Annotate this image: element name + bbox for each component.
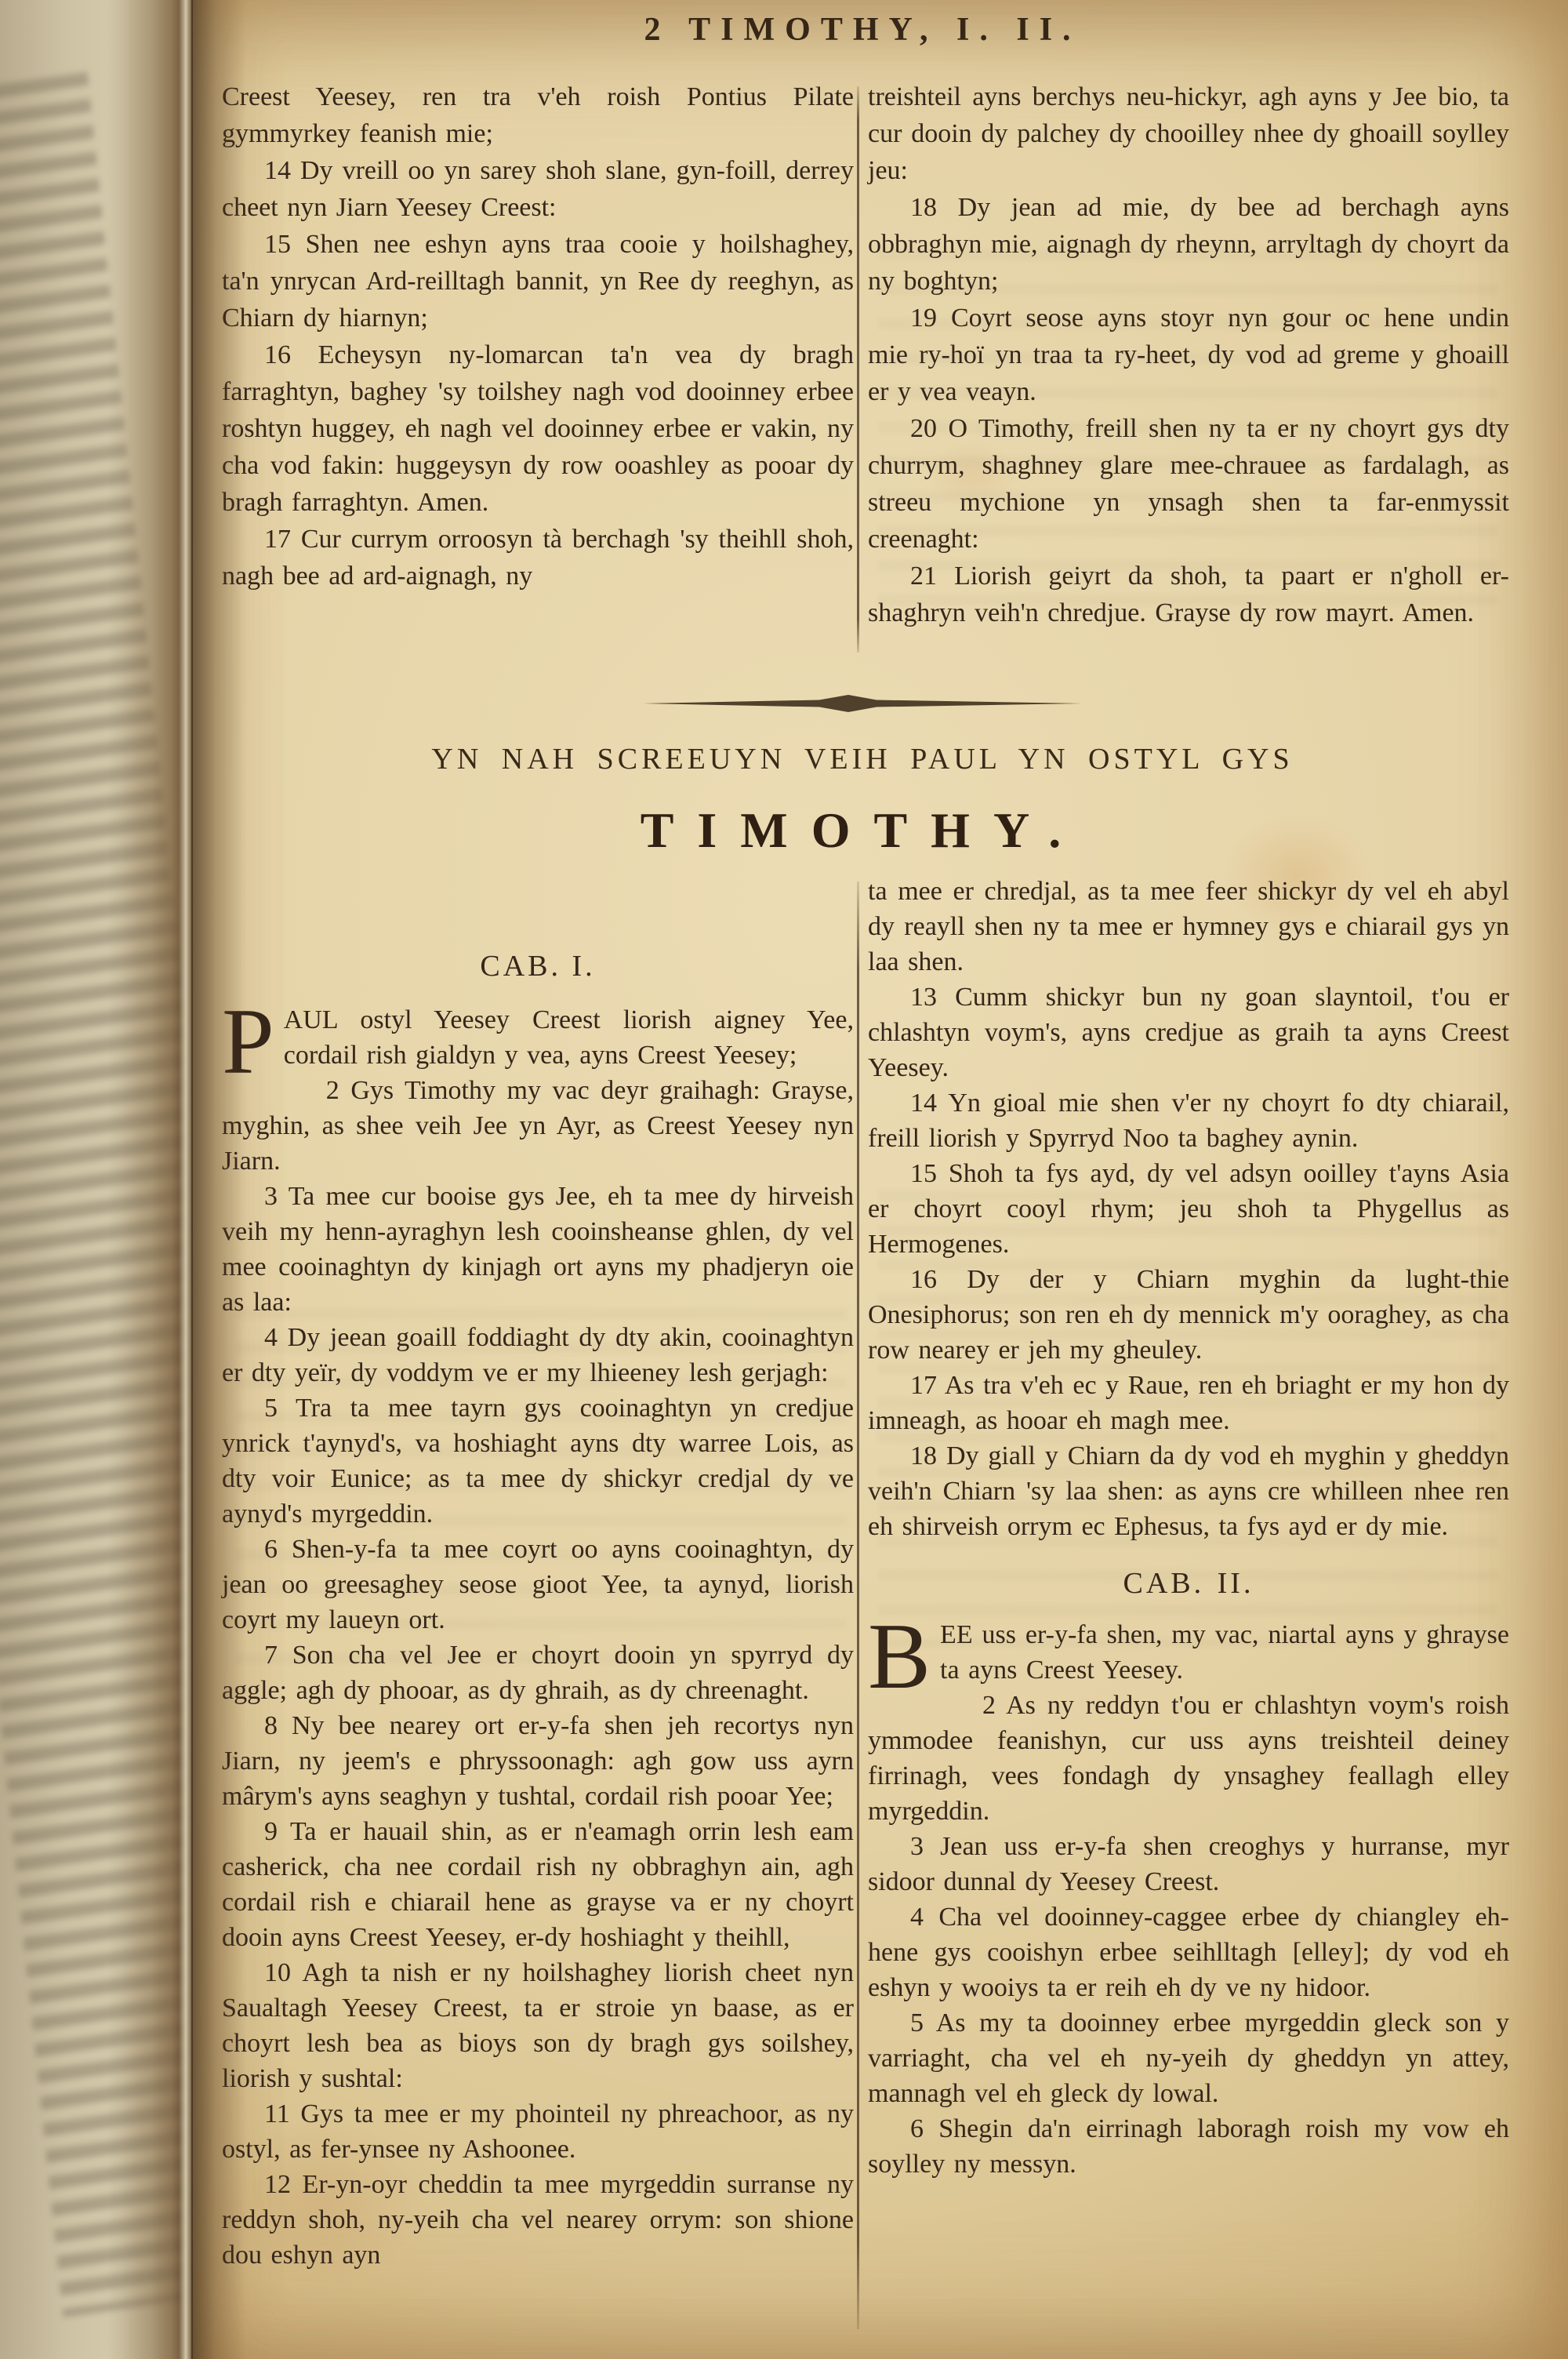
drop-cap: B [868,1617,940,1691]
column-rule-top [857,86,859,652]
verse: 18 Dy giall y Chiarn da dy vod eh myghin… [868,1438,1509,1544]
verse: 14 Yn gioal mie shen v'er ny choyrt fo d… [868,1085,1509,1156]
verse: 17 As tra v'eh ec y Raue, ren eh briaght… [868,1368,1509,1438]
verse: 16 Dy der y Chiarn myghin da lught-thie … [868,1262,1509,1368]
verse-number: 5 [264,1394,278,1423]
verse: BEE uss er-y-fa shen, my vac, niartal ay… [868,1617,1509,1688]
verse-number: 2 [326,1076,339,1105]
verse-number: 13 [910,983,937,1012]
verse-number: 12 [264,2170,291,2199]
verse-number: 18 [910,1441,937,1470]
verse-number: 7 [264,1641,278,1670]
verse: 2 Gys Timothy my vac deyr graihagh: Gray… [222,1073,854,1179]
verse: 19 Coyrt seose ayns stoyr nyn gour oc he… [868,300,1509,410]
verse-number: 10 [264,1958,291,1987]
verse: 13 Cumm shickyr bun ny goan slayntoil, t… [868,980,1509,1085]
running-header: 2 TIMOTHY, I. II. [212,11,1513,49]
verse-number: 5 [910,2008,924,2037]
verse-number: 20 [910,414,937,443]
verse-number: 17 [910,1371,937,1400]
verse-number: 14 [264,156,291,185]
verse: 2 As ny reddyn t'ou er chlashtyn voym's … [868,1688,1509,1829]
book-kicker: YN NAH SCREEUYN VEIH PAUL YN OSTYL GYS [212,742,1513,776]
verse: 18 Dy jean ad mie, dy bee ad berchagh ay… [868,189,1509,300]
chapter-heading: CAB. II. [868,1566,1509,1601]
verse: 21 Liorish geiyrt da shoh, ta paart er n… [868,558,1509,631]
verse-number: 11 [264,2099,290,2128]
top-left-column: Creest Yeesey, ren tra v'eh roish Pontiu… [222,78,854,594]
verse-number: 6 [264,1535,278,1564]
verse-number: 3 [264,1182,278,1211]
verse: 4 Cha vel dooinney-caggee erbee dy chian… [868,1899,1509,2005]
verse-number: 15 [910,1159,937,1188]
book-photo: { "header": { "running_title": "2 TIMOTH… [0,0,1568,2359]
verse: 9 Ta er hauail shin, as er n'eamagh orri… [222,1814,854,1955]
verse-number: 6 [910,2114,924,2143]
verse-number: 21 [910,562,937,591]
main-right-column: ta mee er chredjal, as ta mee feer shick… [868,874,1509,2182]
verse-number: 4 [910,1903,924,1932]
verse-number: 3 [910,1832,924,1861]
verse-number: 2 [982,1691,996,1720]
verse: 8 Ny bee nearey ort er-y-fa shen jeh rec… [222,1708,854,1814]
verse: 17 Cur currym orroosyn tà berchagh 'sy t… [222,521,854,594]
verse: 3 Jean uss er-y-fa shen creoghys y hurra… [868,1829,1509,1899]
chapter-heading: CAB. I. [222,949,854,983]
verse: 20 O Timothy, freill shen ny ta er ny ch… [868,410,1509,558]
verse-number: 4 [264,1323,278,1352]
verse: treishteil ayns berchys neu-hickyr, agh … [868,78,1509,189]
verse: 14 Dy vreill oo yn sarey shoh slane, gyn… [222,152,854,226]
verse: 5 As my ta dooinney erbee myrgeddin glec… [868,2005,1509,2111]
verse: 15 Shen nee eshyn ayns traa cooie y hoil… [222,226,854,336]
verse: 5 Tra ta mee tayrn gys cooinaghtyn yn cr… [222,1390,854,1532]
verse-number: 17 [264,525,291,554]
verse: PAUL ostyl Yeesey Creest liorish aigney … [222,1002,854,1073]
verse: ta mee er chredjal, as ta mee feer shick… [868,874,1509,980]
verse-number: 19 [910,304,937,333]
verse: Creest Yeesey, ren tra v'eh roish Pontiu… [222,78,854,152]
section-divider-ornament [643,693,1082,714]
verse-number: 8 [264,1711,278,1740]
verse: 6 Shen-y-fa ta mee coyrt oo ayns cooinag… [222,1532,854,1637]
verse-number: 18 [910,193,937,222]
verse: 6 Shegin da'n eirrinagh laboragh roish m… [868,2111,1509,2182]
verse: 12 Er-yn-oyr cheddin ta mee myrgeddin su… [222,2167,854,2273]
verse: 4 Dy jeean goaill foddiaght dy dty akin,… [222,1320,854,1390]
verse-number: 16 [910,1265,937,1294]
gutter-shadow [191,0,246,2359]
verse-number: 9 [264,1817,278,1846]
verse: 11 Gys ta mee er my phointeil ny phreach… [222,2096,854,2167]
verse: 15 Shoh ta fys ayd, dy vel adsyn ooilley… [868,1156,1509,1262]
verse-number: 15 [264,230,291,259]
facing-page-shadow [0,0,194,2359]
top-right-column: treishteil ayns berchys neu-hickyr, agh … [868,78,1509,631]
verse-number: 16 [264,340,291,369]
verse: 10 Agh ta nish er ny hoilshaghey liorish… [222,1955,854,2096]
verse-number: 14 [910,1089,937,1118]
verse: 7 Son cha vel Jee er choyrt dooin yn spy… [222,1637,854,1708]
verse: 16 Echeysyn ny-lomarcan ta'n vea dy brag… [222,336,854,521]
main-left-column: PAUL ostyl Yeesey Creest liorish aigney … [222,1002,854,2273]
verse: 3 Ta mee cur booise gys Jee, eh ta mee d… [222,1179,854,1320]
book-title: TIMOTHY. [212,801,1513,860]
column-rule-main [857,881,859,2329]
